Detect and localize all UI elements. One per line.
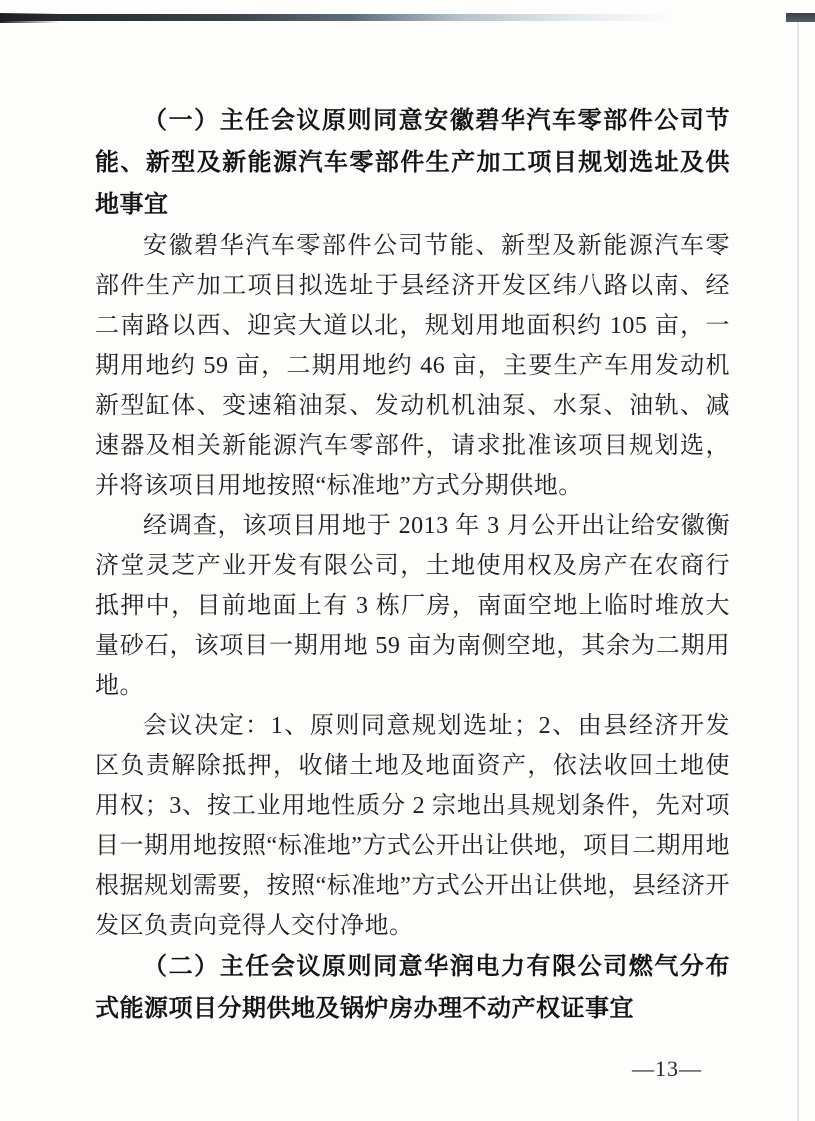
page-number: —13— xyxy=(95,1056,730,1082)
paragraph-project-proposal: 安徽碧华汽车零部件公司节能、新型及新能源汽车零部件生产加工项目拟选址于县经济开发… xyxy=(95,226,730,506)
paragraph-investigation: 经调查，该项目用地于 2013 年 3 月公开出让给安徽衡济堂灵芝产业开发有限公… xyxy=(95,506,730,706)
document-content: （一）主任会议原则同意安徽碧华汽车零部件公司节能、新型及新能源汽车零部件生产加工… xyxy=(0,0,815,1082)
section-heading-1: （一）主任会议原则同意安徽碧华汽车零部件公司节能、新型及新能源汽车零部件生产加工… xyxy=(95,100,730,226)
paragraph-meeting-decision: 会议决定：1、原则同意规划选址；2、由县经济开发区负责解除抵押，收储土地及地面资… xyxy=(95,706,730,946)
scanned-document-page: （一）主任会议原则同意安徽碧华汽车零部件公司节能、新型及新能源汽车零部件生产加工… xyxy=(0,0,815,1121)
section-heading-2: （二）主任会议原则同意华润电力有限公司燃气分布式能源项目分期供地及锅炉房办理不动… xyxy=(95,946,730,1030)
